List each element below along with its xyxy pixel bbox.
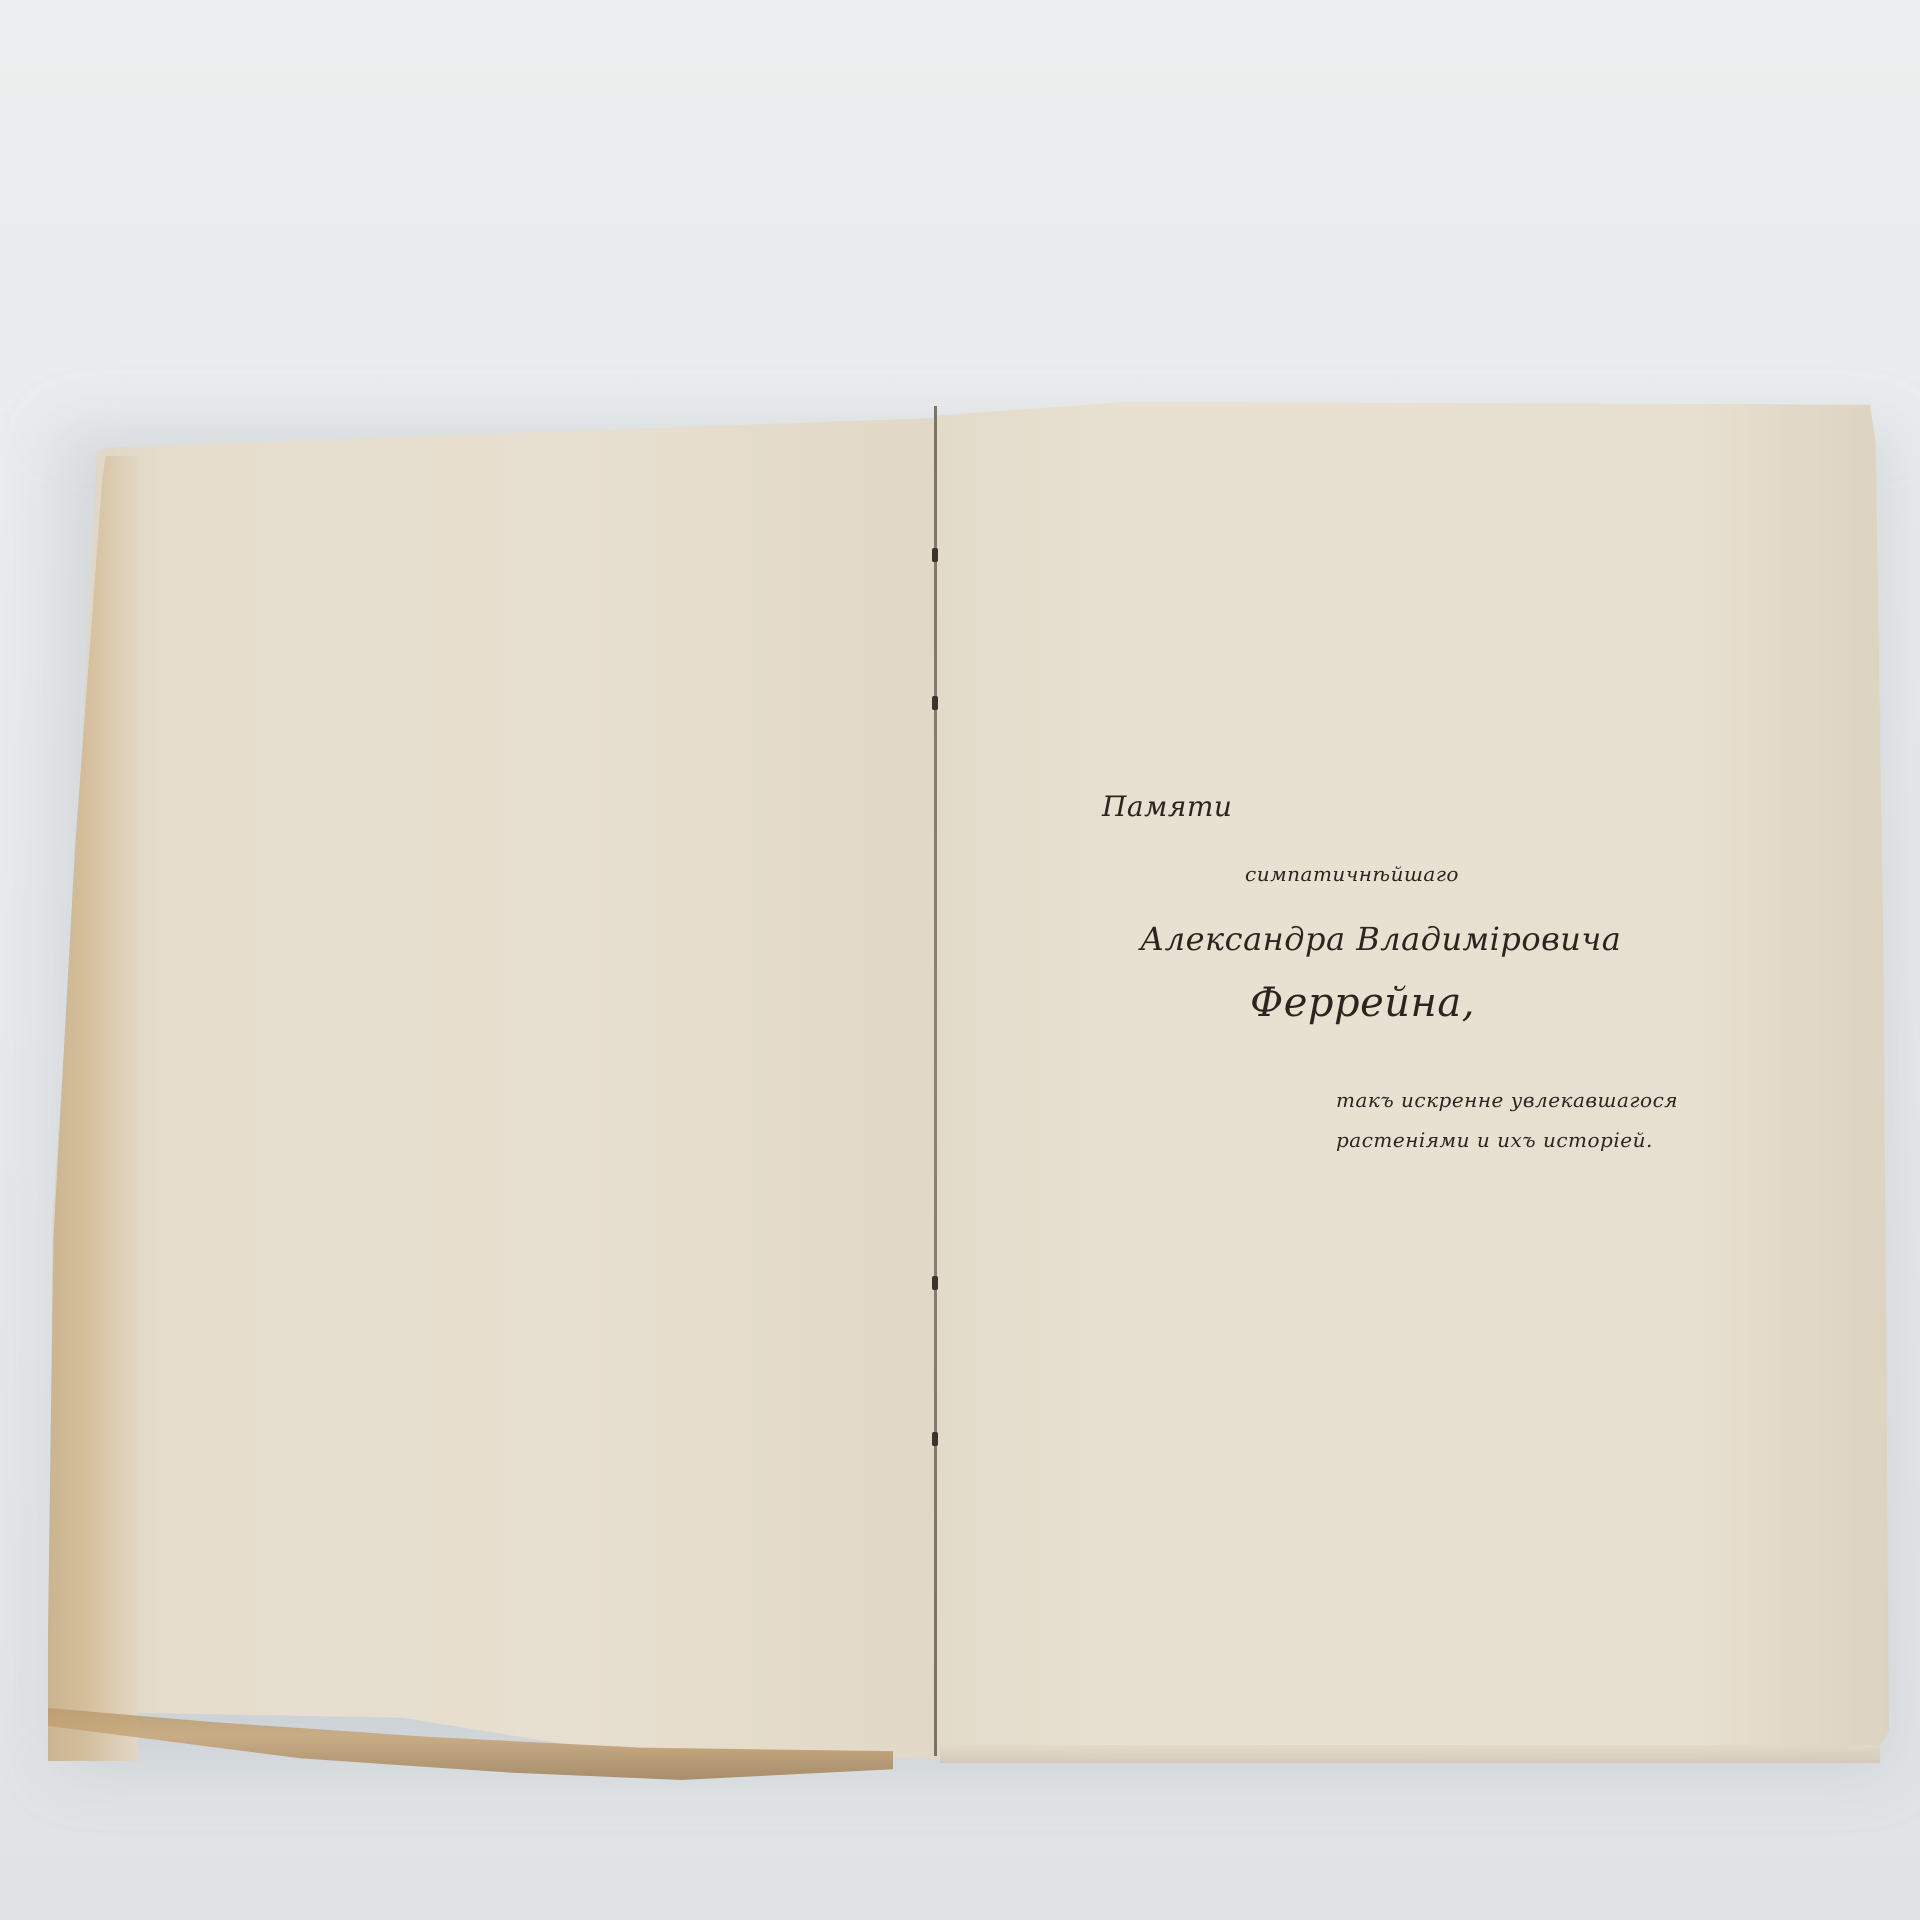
dedication-line-5: такъ искренне увлекавшагося (1336, 1088, 1678, 1112)
dedication-line-6: растеніями и ихъ исторіей. (1336, 1128, 1653, 1152)
dedication-line-1: Памяти (1102, 790, 1232, 823)
dedication-line-2: симпатичнѣйшаго (1245, 862, 1459, 886)
photo-scene: Памяти симпатичнѣйшаго Александра Владим… (0, 0, 1920, 1920)
dedication-text: Памяти симпатичнѣйшаго Александра Владим… (0, 0, 1920, 1920)
dedication-name: Александра Владиміровича (1140, 920, 1621, 958)
dedication-surname: Феррейна, (1250, 980, 1475, 1026)
